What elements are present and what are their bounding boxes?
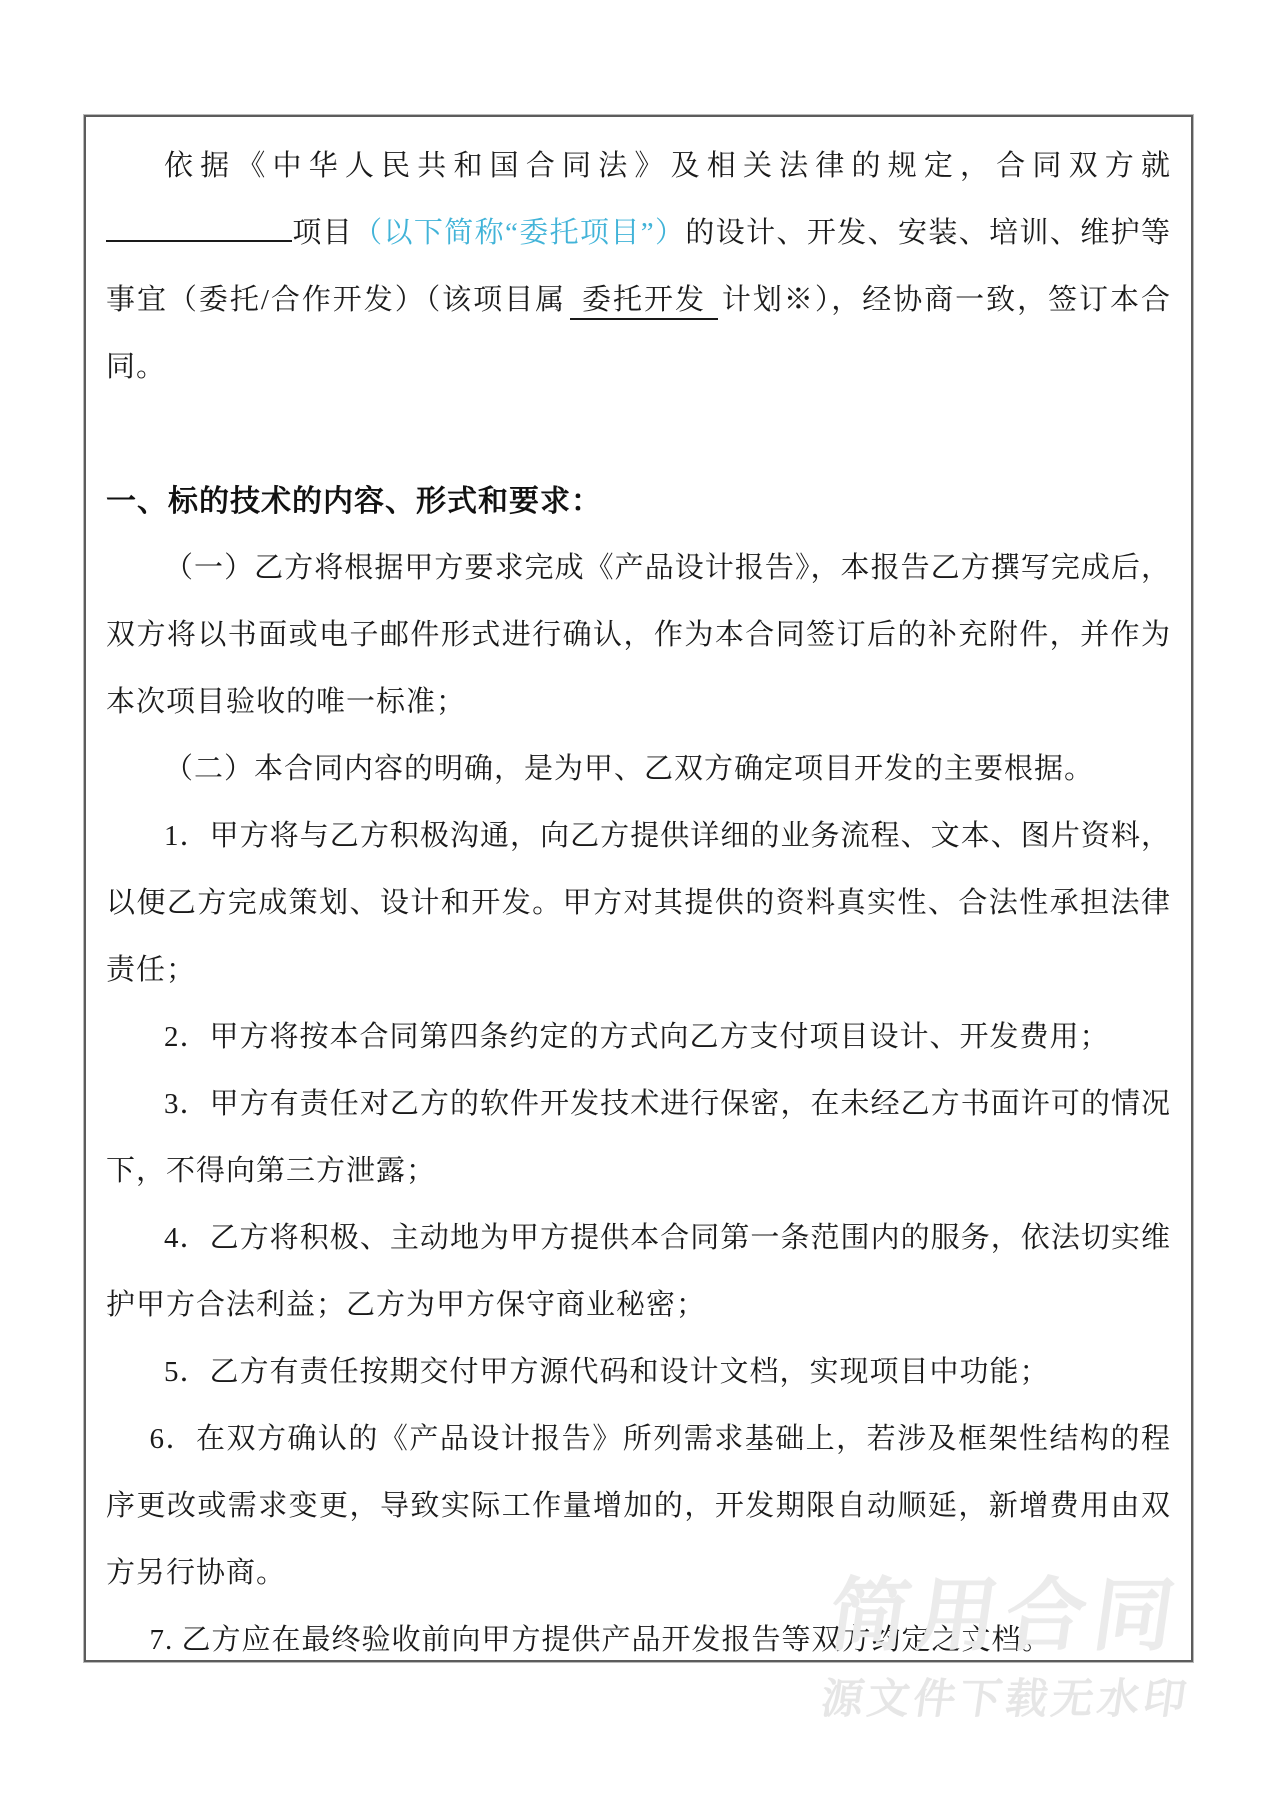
development-type-underlined: 委托开发	[570, 284, 718, 320]
section1-heading: 一、标的技术的内容、形式和要求：	[106, 468, 1171, 535]
watermark-brand: 简用合同	[823, 1551, 1191, 1666]
intro-paragraph: 依据《中华人民共和国合同法》及相关法律的规定，合同双方就项目（以下简称“委托项目…	[106, 133, 1171, 401]
fill-in-blank-underline	[106, 211, 292, 242]
intro-text-2: 项目	[292, 217, 353, 249]
project-alias-highlight: （以下简称“委托项目”）	[353, 217, 685, 249]
blank-line-spacer	[106, 401, 1171, 468]
watermark-tagline: 源文件下载无水印	[818, 1666, 1194, 1726]
intro-text-1: 依据《中华人民共和国合同法》及相关法律的规定，合同双方就	[164, 150, 1171, 182]
clause-item-3: 3．甲方有责任对乙方的软件开发技术进行保密，在未经乙方书面许可的情况下，不得向第…	[106, 1071, 1171, 1205]
clause-1-2: （二）本合同内容的明确，是为甲、乙双方确定项目开发的主要根据。	[106, 736, 1171, 803]
clause-item-1: 1．甲方将与乙方积极沟通，向乙方提供详细的业务流程、文本、图片资料，以便乙方完成…	[106, 803, 1171, 1004]
clause-item-4: 4．乙方将积极、主动地为甲方提供本合同第一条范围内的服务，依法切实维护甲方合法利…	[106, 1205, 1171, 1339]
contract-border-box: 依据《中华人民共和国合同法》及相关法律的规定，合同双方就项目（以下简称“委托项目…	[84, 115, 1193, 1662]
contract-page: 依据《中华人民共和国合同法》及相关法律的规定，合同双方就项目（以下简称“委托项目…	[0, 0, 1280, 1810]
clause-item-2: 2．甲方将按本合同第四条约定的方式向乙方支付项目设计、开发费用；	[106, 1004, 1171, 1071]
clause-item-5: 5．乙方有责任按期交付甲方源代码和设计文档，实现项目中功能；	[106, 1339, 1171, 1406]
clause-1-1: （一）乙方将根据甲方要求完成《产品设计报告》，本报告乙方撰写完成后，双方将以书面…	[106, 535, 1171, 736]
